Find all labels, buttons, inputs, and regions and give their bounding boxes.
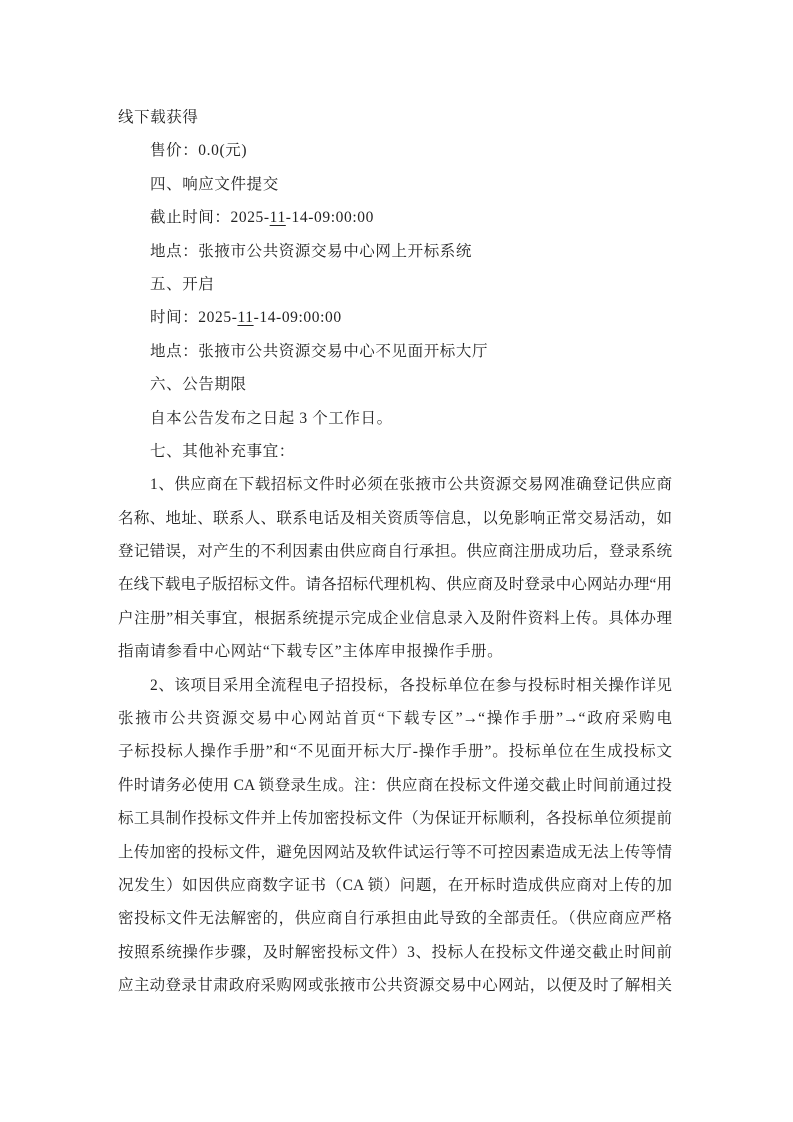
doc-line: 1、供应商在下载招标文件时必须在张掖市公共资源交易网准确登记供应商 [118, 468, 672, 501]
doc-line: 地点：张掖市公共资源交易中心网上开标系统 [118, 235, 672, 268]
text-part: -14-09:00:00 [286, 209, 374, 226]
doc-line: 六、公告期限 [118, 368, 672, 401]
doc-line: 户注册”相关事宜，根据系统提示完成企业信息录入及附件资料上传。具体办理 [118, 602, 672, 635]
doc-line: 上传加密的投标文件，避免因网站及软件试运行等不可控因素造成无法上传等情 [118, 836, 672, 869]
text-part: 时间：2025- [150, 309, 237, 326]
doc-line: 自本公告发布之日起 3 个工作日。 [118, 402, 672, 435]
doc-line: 截止时间：2025-11-14-09:00:00 [118, 201, 672, 234]
doc-line: 标工具制作投标文件并上传加密投标文件（为保证开标顺利，各投标单位须提前 [118, 802, 672, 835]
text-part: 截止时间：2025- [150, 209, 270, 226]
doc-line: 四、响应文件提交 [118, 168, 672, 201]
doc-line: 指南请参看中心网站“下载专区”主体库申报操作手册。 [118, 635, 672, 668]
doc-line: 名称、地址、联系人、联系电话及相关资质等信息，以免影响正常交易活动，如 [118, 502, 672, 535]
document-page: 线下载获得售价：0.0(元)四、响应文件提交截止时间：2025-11-14-09… [0, 0, 793, 1122]
doc-line: 地点：张掖市公共资源交易中心不见面开标大厅 [118, 335, 672, 368]
doc-line: 五、开启 [118, 268, 672, 301]
doc-line: 件时请务必使用 CA 锁登录生成。注：供应商在投标文件递交截止时间前通过投 [118, 769, 672, 802]
doc-line: 登记错误，对产生的不利因素由供应商自行承担。供应商注册成功后，登录系统 [118, 535, 672, 568]
text-part: -14-09:00:00 [254, 309, 342, 326]
document-body: 线下载获得售价：0.0(元)四、响应文件提交截止时间：2025-11-14-09… [118, 101, 672, 1003]
doc-line: 售价：0.0(元) [118, 134, 672, 167]
doc-line: 子标投标人操作手册”和“不见面开标大厅-操作手册”。投标单位在生成投标文 [118, 735, 672, 768]
doc-line: 密投标文件无法解密的，供应商自行承担由此导致的全部责任。（供应商应严格 [118, 902, 672, 935]
underlined-date-part: 11 [270, 209, 286, 226]
doc-line: 七、其他补充事宜： [118, 435, 672, 468]
doc-line: 时间：2025-11-14-09:00:00 [118, 301, 672, 334]
doc-line: 2、该项目采用全流程电子招投标，各投标单位在参与投标时相关操作详见 [118, 669, 672, 702]
doc-line: 在线下载电子版招标文件。请各招标代理机构、供应商及时登录中心网站办理“用 [118, 568, 672, 601]
doc-line: 张掖市公共资源交易中心网站首页“下载专区”→“操作手册”→“政府采购电 [118, 702, 672, 735]
doc-line: 按照系统操作步骤，及时解密投标文件）3、投标人在投标文件递交截止时间前 [118, 936, 672, 969]
doc-line: 况发生）如因供应商数字证书（CA 锁）问题，在开标时造成供应商对上传的加 [118, 869, 672, 902]
doc-line: 线下载获得 [118, 101, 672, 134]
doc-line: 应主动登录甘肃政府采购网或张掖市公共资源交易中心网站，以便及时了解相关 [118, 969, 672, 1002]
underlined-date-part: 11 [237, 309, 253, 326]
